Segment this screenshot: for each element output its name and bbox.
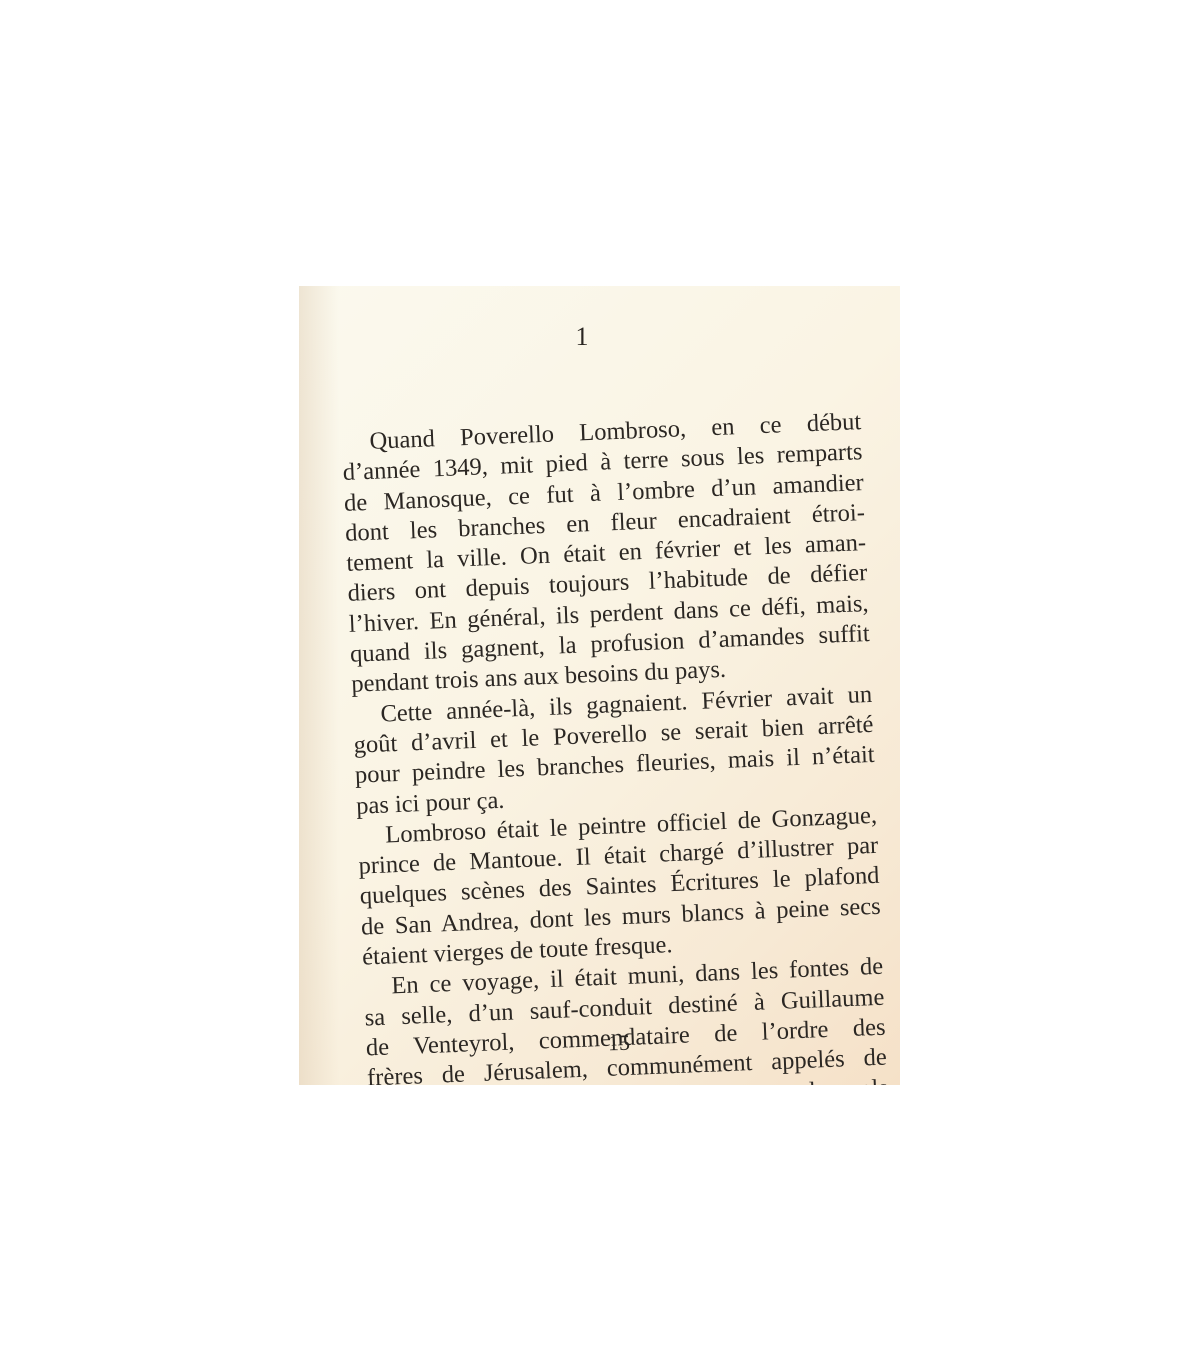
chapter-number: 1 [567,322,597,352]
body-text: Quand Poverello Lombroso, en ce début d’… [341,407,889,1085]
page-number: 15 [599,1030,639,1057]
book-page: 1 Quand Poverello Lombroso, en ce début … [299,286,900,1085]
